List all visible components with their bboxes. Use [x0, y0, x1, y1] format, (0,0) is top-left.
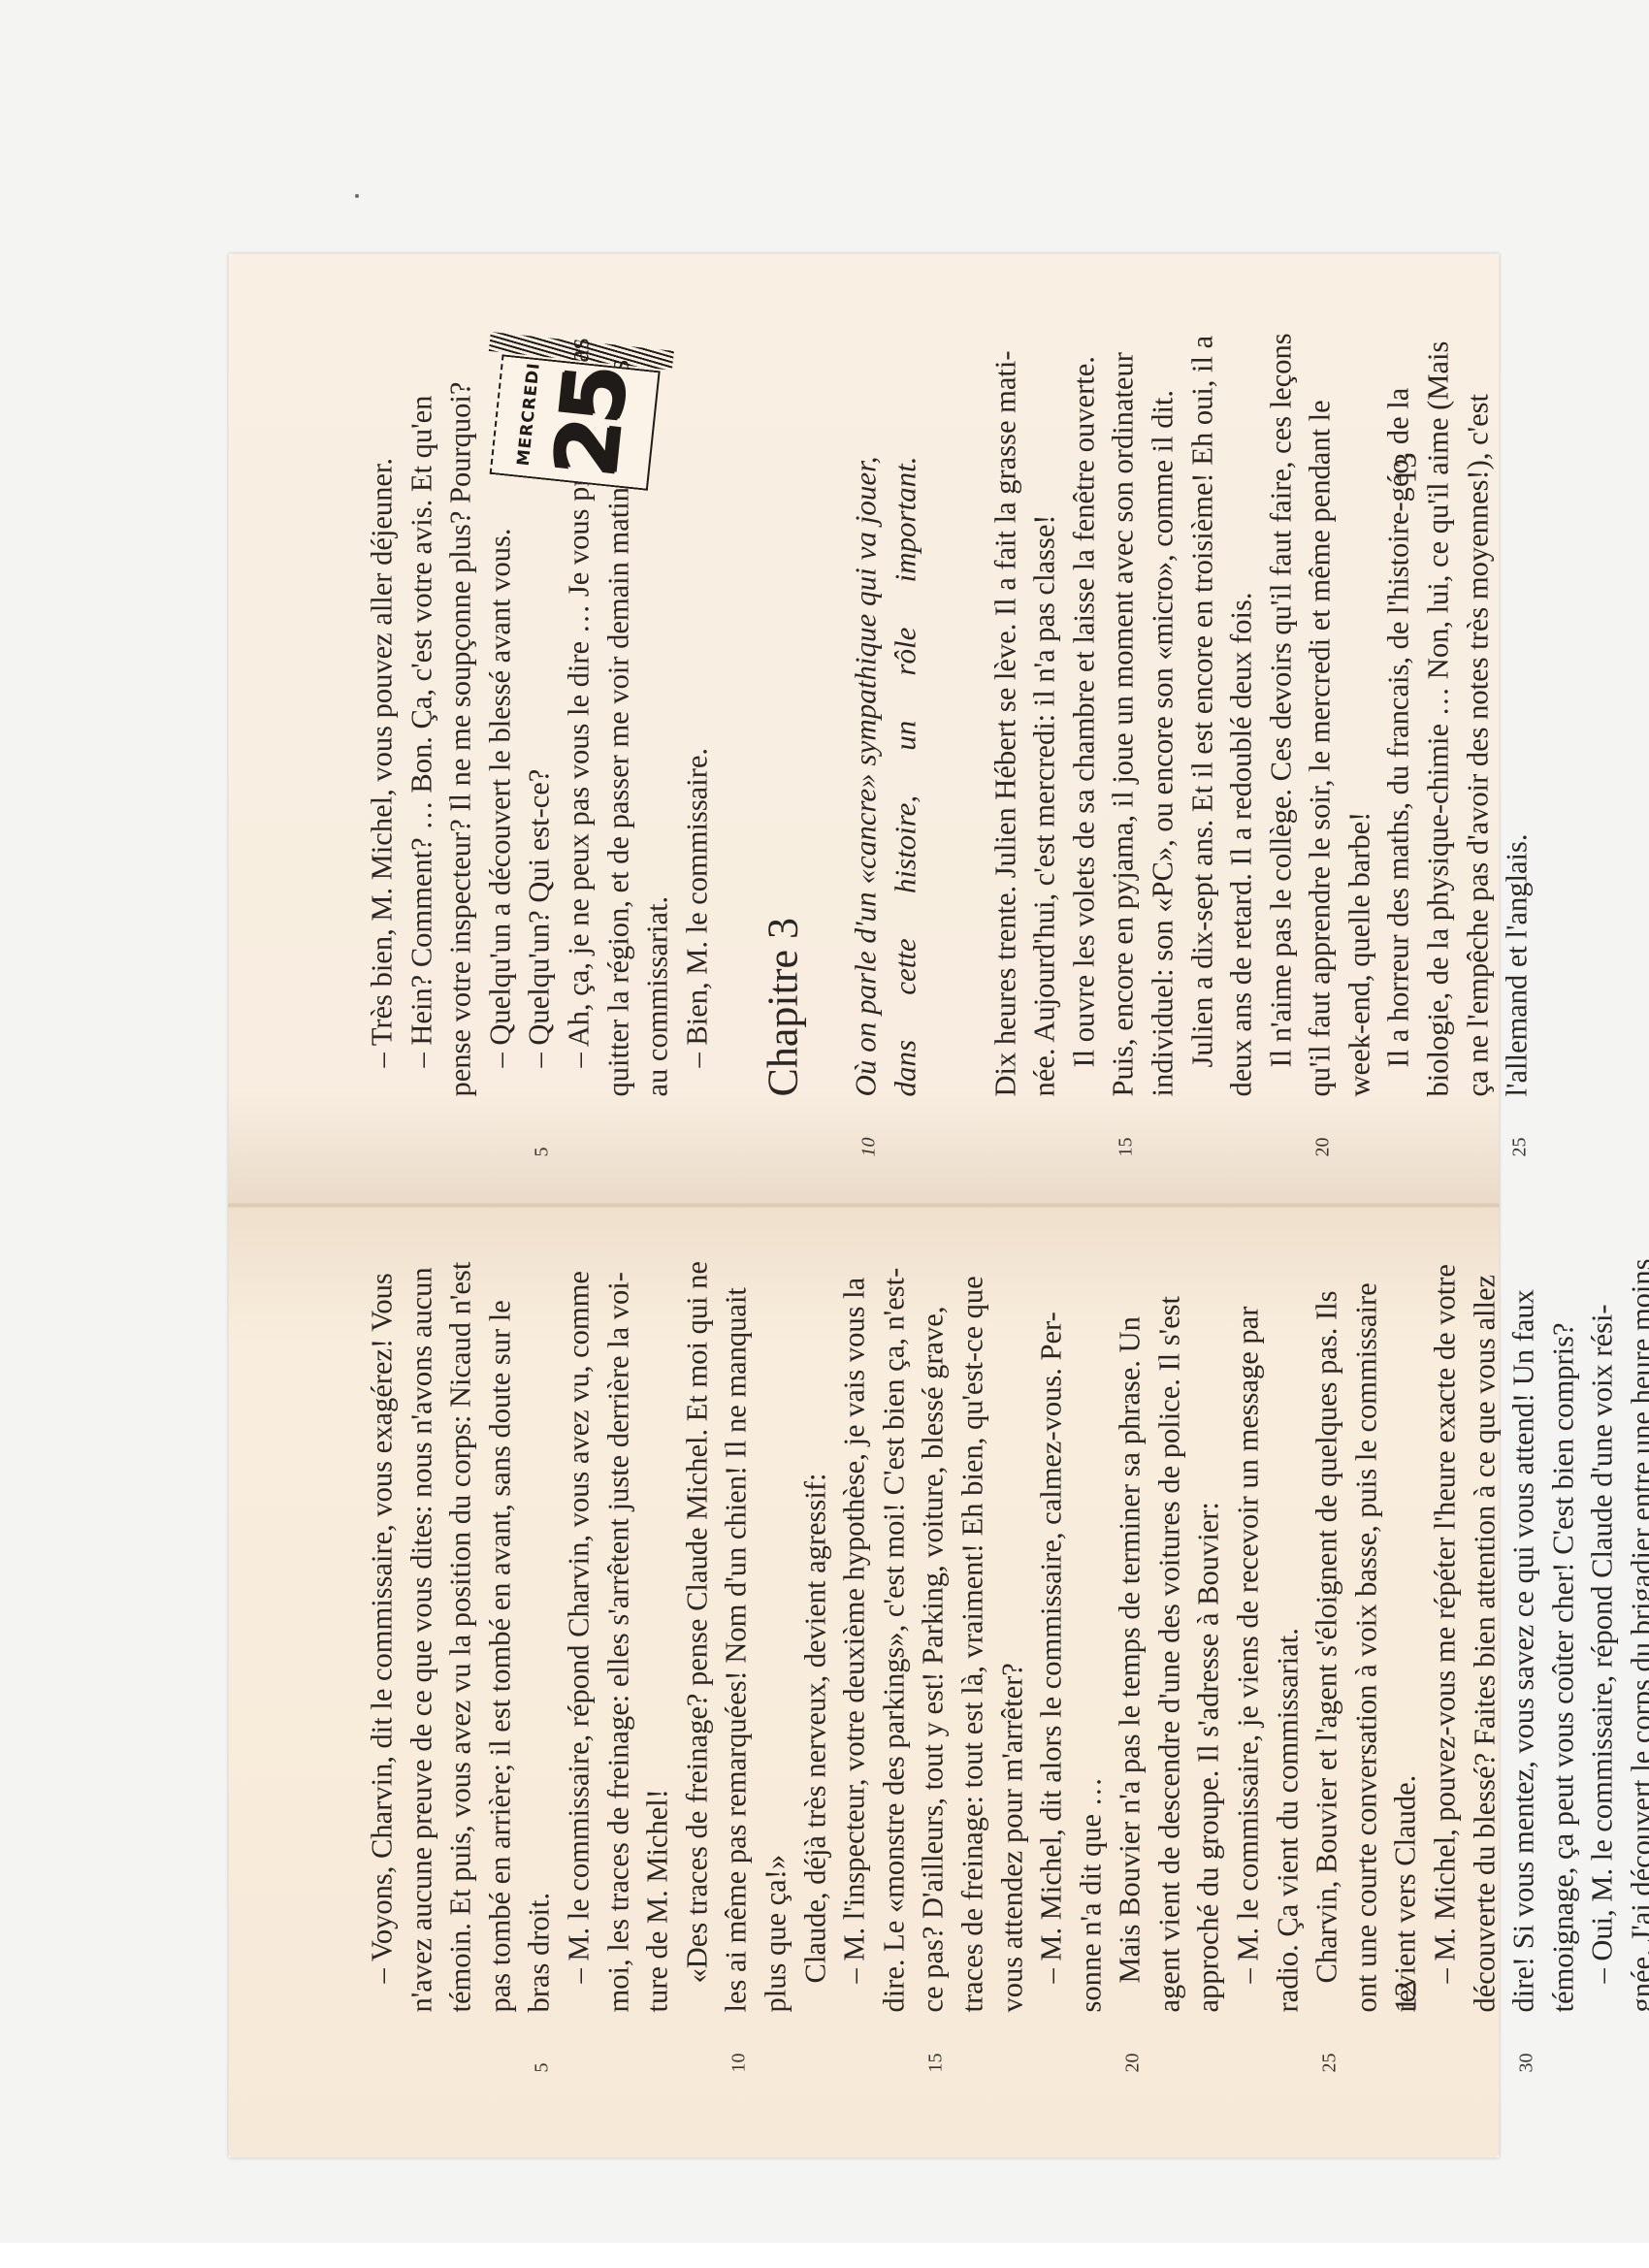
page-12: – Voyons, Charvin, dit le commissaire, v…	[228, 1206, 1499, 2158]
line-number: 25	[1500, 1118, 1539, 1157]
text-line: née. Aujourd'hui, c'est mercredi: il n'a…	[1024, 457, 1064, 1097]
line-number: 10	[849, 1118, 889, 1157]
line-text: – Quelqu'un? Qui est-ce?	[522, 769, 555, 1068]
line-text: Mais Bouvier n'a pas le temps de termine…	[1113, 1316, 1146, 1983]
text-line: les ai même pas remarquées! Nom d'un chi…	[716, 1373, 756, 2013]
text-line: Il a horreur des maths, du francais, de …	[1378, 457, 1418, 1097]
text-line: Il ouvre les volets de sa chambre et lai…	[1064, 457, 1104, 1097]
text-line: – Quelqu'un? Qui est-ce?5	[519, 457, 559, 1097]
line-text: ont une courte conversation à voix basse…	[1349, 1282, 1382, 2012]
line-number: 15	[916, 2034, 955, 2073]
line-text: gnée. J'ai découvert le corps du brigadi…	[1625, 1258, 1649, 2012]
line-number: 30	[1506, 2034, 1546, 2073]
line-text: – Voyons, Charvin, dit le commissaire, v…	[365, 1273, 398, 1983]
line-text: Il ouvre les volets de sa chambre et lai…	[1067, 356, 1100, 1067]
text-line: – M. Michel, pouvez-vous me répéter l'he…	[1425, 1373, 1465, 2013]
text-line: l'allemand et l'anglais.25	[1497, 457, 1536, 1097]
text-line: pense votre inspecteur? Il ne me soupçon…	[440, 457, 480, 1097]
line-text: individuel: son «PC», ou encore son «mic…	[1146, 390, 1179, 1097]
page-number: 12	[1387, 1982, 1423, 2013]
page-12-text: – Voyons, Charvin, dit le commissaire, v…	[362, 1373, 1649, 2013]
text-line: revient vers Claude.	[1385, 1373, 1425, 2013]
line-text: les ai même pas remarquées! Nom d'un chi…	[719, 1287, 752, 2012]
line-text: deux ans de retard. Il a redoublé deux f…	[1224, 592, 1257, 1096]
text-line: témoin. Et puis, vous avez vu la positio…	[440, 1373, 480, 2013]
line-text: plus que ça!»	[759, 1855, 792, 2013]
scan-speck	[355, 194, 359, 198]
calendar-date: 25	[535, 365, 643, 483]
line-text: l'allemand et l'anglais.	[1500, 833, 1533, 1096]
line-number: 20	[1303, 1118, 1342, 1157]
line-text: moi, les traces de freinage: elles s'arr…	[601, 1272, 634, 2012]
text-line: – Hein? Comment? … Bon. Ça, c'est votre …	[402, 457, 441, 1097]
text-line: plus que ça!»	[756, 1373, 795, 2013]
line-text: radio. Ça vient du commissariat.	[1271, 1628, 1304, 2012]
line-text: pense votre inspecteur? Il ne me soupçon…	[443, 382, 476, 1097]
line-text: dire. Le «monstre des parkings», c'est m…	[877, 1268, 910, 2013]
line-text: – M. le commissaire, répond Charvin, vou…	[562, 1271, 595, 1983]
line-text: – M. Michel, pouvez-vous me répéter l'he…	[1428, 1264, 1461, 1983]
line-text: «Des traces de freinage? pense Claude Mi…	[680, 1261, 713, 1983]
line-text: – Hein? Comment? … Bon. Ça, c'est votre …	[404, 396, 437, 1068]
line-text: Il a horreur des maths, du francais, de …	[1381, 388, 1414, 1068]
line-number: 5	[522, 2034, 562, 2073]
line-text: – M. Michel, dit alors le commissaire, c…	[1034, 1312, 1067, 1983]
text-line: biologie, de la physique-chimie … Non, l…	[1418, 457, 1458, 1097]
line-text: – M. l'inspecteur, votre deuxième hypoth…	[837, 1278, 870, 1984]
line-text: au commissariat.	[640, 896, 673, 1097]
text-line: dire. Le «monstre des parkings», c'est m…	[874, 1373, 914, 2013]
text-line: dire! Si vous mentez, vous savez ce qui …	[1503, 1373, 1543, 2013]
line-text: biologie, de la physique-chimie … Non, l…	[1421, 341, 1454, 1097]
line-text: Dix heures trente. Julien Hébert se lève…	[988, 351, 1021, 1097]
line-text: agent vient de descendre d'une des voitu…	[1152, 1296, 1185, 2013]
text-line: Charvin, Bouvier et l'agent s'éloignent …	[1307, 1373, 1346, 2013]
text-line: individuel: son «PC», ou encore son «mic…	[1143, 457, 1182, 1097]
text-line: quitter la région, et de passer me voir …	[598, 457, 638, 1097]
line-text: approché du groupe. Il s'adresse à Bouvi…	[1191, 1502, 1224, 2012]
text-line: week-end, quelle barbe!	[1340, 457, 1379, 1097]
line-text: découverte du blessé? Faites bien attent…	[1468, 1275, 1501, 2013]
book-spread: – Voyons, Charvin, dit le commissaire, v…	[228, 254, 1499, 2158]
line-text: Puis, encore en pyjama, il joue un momen…	[1106, 352, 1139, 1096]
scan-margin	[0, 2243, 1649, 2268]
dialogue-section: – Très bien, M. Michel, vous pouvez alle…	[362, 457, 716, 1097]
text-line: Puis, encore en pyjama, il joue un momen…	[1103, 457, 1143, 1097]
line-text: – Bien, M. le commissaire.	[680, 748, 713, 1068]
text-line: Où on parle d'un «cancre» sympathique qu…	[846, 457, 886, 1097]
chapter-title: Chapitre 3	[755, 457, 811, 1097]
line-text: témoignage, ça peut vous coûter cher! C'…	[1546, 1323, 1579, 2013]
text-line: approché du groupe. Il s'adresse à Bouvi…	[1188, 1373, 1228, 2013]
text-line: n'avez aucune preuve de ce que vous dite…	[402, 1373, 441, 2013]
line-text: – Très bien, M. Michel, vous pouvez alle…	[365, 458, 398, 1068]
line-text: week-end, quelle barbe!	[1342, 812, 1375, 1097]
line-number: 20	[1113, 2034, 1152, 2073]
text-line: Dix heures trente. Julien Hébert se lève…	[986, 457, 1025, 1097]
text-line: – Bien, M. le commissaire.	[677, 457, 717, 1097]
text-line: deux ans de retard. Il a redoublé deux f…	[1221, 457, 1261, 1097]
line-text: Julien a dix-sept ans. Et il est encore …	[1185, 336, 1218, 1068]
text-line: – Quelqu'un a découvert le blessé avant …	[480, 457, 520, 1097]
calendar-icon: MERCREDI 25	[475, 338, 673, 492]
text-line: vous attendez pour m'arrêter?	[992, 1373, 1032, 2013]
text-line: dans cette histoire, un rôle important.	[886, 457, 925, 1097]
line-text: Charvin, Bouvier et l'agent s'éloignent …	[1309, 1290, 1342, 1983]
line-text: née. Aujourd'hui, c'est mercredi: il n'a…	[1027, 514, 1060, 1096]
text-line: bras droit.5	[519, 1373, 559, 2013]
text-line: ce pas? D'ailleurs, tout y est! Parking,…	[913, 1373, 953, 2013]
line-text: – Quelqu'un a découvert le blessé avant …	[483, 528, 516, 1067]
text-line: agent vient de descendre d'une des voitu…	[1149, 1373, 1189, 2013]
text-line: – Oui, M. le commissaire, répond Claude …	[1582, 1373, 1622, 2013]
line-number: 25	[1309, 2034, 1349, 2073]
text-line: – Voyons, Charvin, dit le commissaire, v…	[362, 1373, 402, 2013]
text-line: moi, les traces de freinage: elles s'arr…	[598, 1373, 638, 2013]
text-line: traces de freinage: tout est là, vraimen…	[953, 1373, 992, 2013]
page-number: 13	[1387, 453, 1423, 484]
line-text: revient vers Claude.	[1388, 1775, 1421, 2013]
text-line: témoignage, ça peut vous coûter cher! C'…	[1543, 1373, 1583, 2013]
line-text: qu'il faut apprendre le soir, le mercred…	[1303, 400, 1336, 1096]
line-text: ce pas? D'ailleurs, tout y est! Parking,…	[916, 1307, 949, 2013]
book-spine	[228, 1204, 1499, 1208]
page-13: – Très bien, M. Michel, vous pouvez alle…	[228, 254, 1499, 1206]
text-line: sonne n'a dit que …	[1071, 1373, 1111, 2013]
line-text: témoin. Et puis, vous avez vu la positio…	[443, 1262, 476, 2013]
text-line: – M. l'inspecteur, votre deuxième hypoth…	[834, 1373, 874, 2013]
line-text: ça ne l'empêche pas d'avoir des notes tr…	[1461, 394, 1494, 1097]
text-line: Il n'aime pas le collège. Ces devoirs qu…	[1261, 457, 1301, 1097]
text-line: – Ah, ça, je ne peux pas vous le dire … …	[559, 457, 598, 1097]
page-13-text: – Très bien, M. Michel, vous pouvez alle…	[362, 457, 1536, 1097]
line-text: Claude, déjà très nerveux, devient agres…	[798, 1474, 831, 1984]
line-text: dans cette histoire, un rôle important.	[888, 457, 921, 1097]
text-line: Mais Bouvier n'a pas le temps de termine…	[1110, 1373, 1149, 2013]
text-line: ture de M. Michel!	[637, 1373, 677, 2013]
line-text: dire! Si vous mentez, vous savez ce qui …	[1506, 1289, 1539, 2012]
line-text: – Oui, M. le commissaire, répond Claude …	[1585, 1304, 1618, 1983]
text-line: gnée. J'ai découvert le corps du brigadi…	[1622, 1373, 1649, 2013]
text-line: – M. le commissaire, répond Charvin, vou…	[559, 1373, 598, 2013]
line-text: bras droit.	[522, 1893, 555, 2013]
line-text: traces de freinage: tout est là, vraimen…	[955, 1276, 988, 2012]
text-line: qu'il faut apprendre le soir, le mercred…	[1300, 457, 1340, 1097]
chapter-subtitle: Où on parle d'un «cancre» sympathique qu…	[846, 457, 924, 1097]
calendar-sheet: MERCREDI 25	[489, 354, 660, 490]
chapter-body: Dix heures trente. Julien Hébert se lève…	[986, 457, 1536, 1097]
text-line: Claude, déjà très nerveux, devient agres…	[795, 1373, 835, 2013]
line-text: ture de M. Michel!	[640, 1789, 673, 2012]
line-text: sonne n'a dit que …	[1074, 1777, 1107, 2013]
line-number: 15	[1106, 1118, 1146, 1157]
text-line: pas tombé en arrière; il est tombé en av…	[480, 1373, 520, 2013]
line-text: vous attendez pour m'arrêter?	[995, 1663, 1028, 2012]
line-text: Il n'aime pas le collège. Ces devoirs qu…	[1264, 333, 1297, 1067]
text-line: au commissariat.	[637, 457, 677, 1097]
text-line: découverte du blessé? Faites bien attent…	[1465, 1373, 1504, 2013]
text-line: «Des traces de freinage? pense Claude Mi…	[677, 1373, 717, 2013]
line-text: pas tombé en arrière; il est tombé en av…	[483, 1300, 516, 2012]
line-number: 10	[719, 2034, 759, 2073]
text-line: ont une courte conversation à voix basse…	[1346, 1373, 1386, 2013]
text-line: ça ne l'empêche pas d'avoir des notes tr…	[1458, 457, 1498, 1097]
text-line: Julien a dix-sept ans. Et il est encore …	[1182, 457, 1222, 1097]
text-line: – M. Michel, dit alors le commissaire, c…	[1031, 1373, 1071, 2013]
line-text: – M. le commissaire, je viens de recevoi…	[1231, 1307, 1264, 1984]
text-line: radio. Ça vient du commissariat.	[1268, 1373, 1308, 2013]
line-text: Où on parle d'un «cancre» sympathique qu…	[848, 457, 882, 1097]
text-line: – Très bien, M. Michel, vous pouvez alle…	[362, 457, 402, 1097]
line-text: n'avez aucune preuve de ce que vous dite…	[404, 1267, 437, 2012]
line-number: 5	[522, 1118, 562, 1157]
text-line: – M. le commissaire, je viens de recevoi…	[1228, 1373, 1268, 2013]
